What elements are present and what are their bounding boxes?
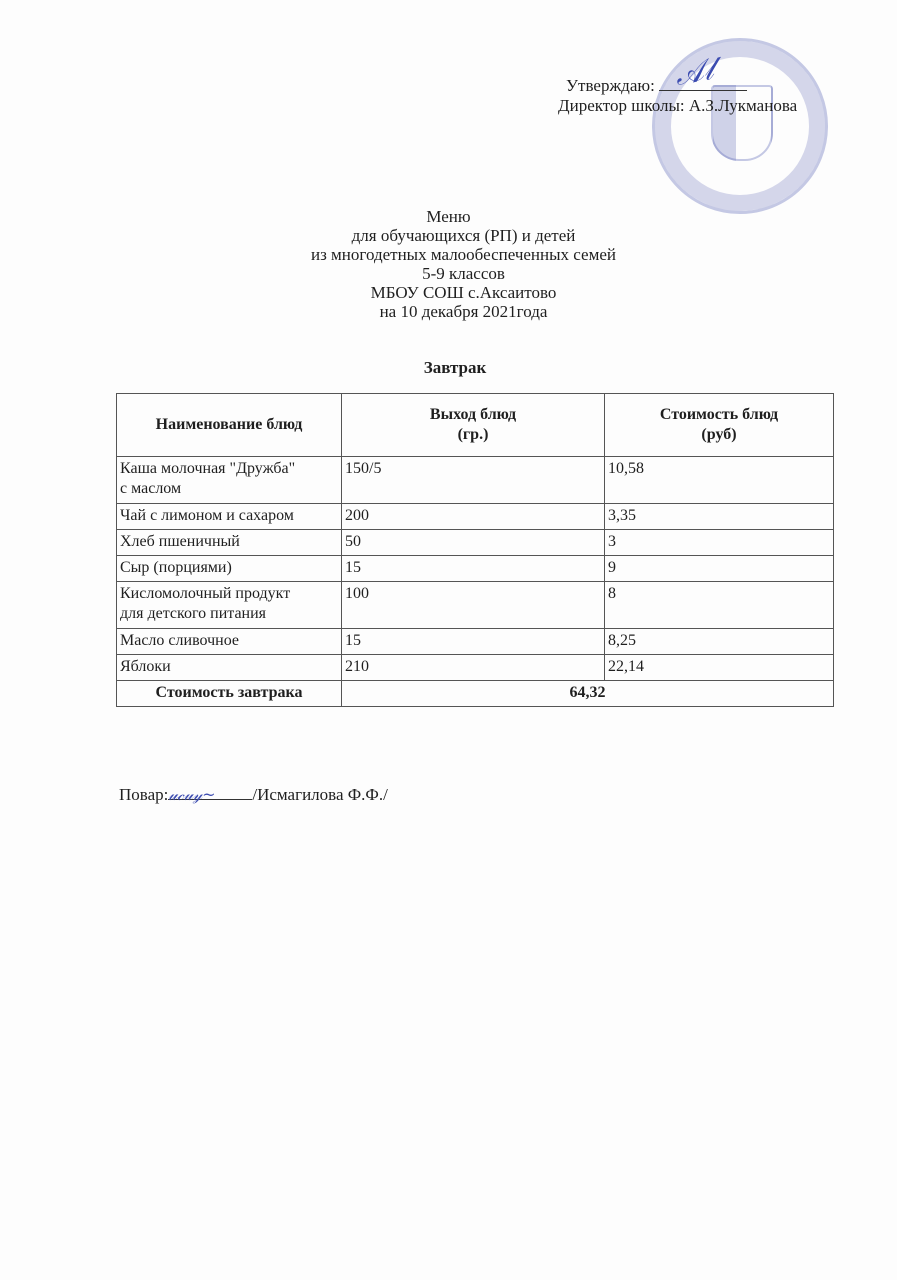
header-yield: Выход блюд(гр.) (342, 394, 605, 457)
table-row: Хлеб пшеничный 50 3 (117, 530, 834, 556)
dish-cost: 8 (605, 582, 834, 629)
total-value: 64,32 (342, 681, 834, 707)
dish-name: Каша молочная "Дружба"с маслом (117, 457, 342, 504)
approve-label: Утверждаю: (566, 76, 655, 95)
header-cost: Стоимость блюд(руб) (605, 394, 834, 457)
dish-cost: 22,14 (605, 655, 834, 681)
title-line-6: на 10 декабря 2021года (0, 302, 897, 321)
dish-name: Чай с лимоном и сахаром (117, 504, 342, 530)
document-title: Меню для обучающихся (РП) и детей из мно… (0, 207, 897, 321)
dish-yield: 15 (342, 629, 605, 655)
dish-name: Хлеб пшеничный (117, 530, 342, 556)
title-line-3: из многодетных малообеспеченных семей (0, 245, 897, 264)
section-heading: Завтрак (0, 358, 897, 378)
menu-table: Наименование блюд Выход блюд(гр.) Стоимо… (116, 393, 834, 707)
dish-cost: 8,25 (605, 629, 834, 655)
dish-yield: 150/5 (342, 457, 605, 504)
dish-yield: 200 (342, 504, 605, 530)
dish-cost: 9 (605, 556, 834, 582)
table-row: Масло сливочное 15 8,25 (117, 629, 834, 655)
cook-signature: 𝓊𝒸𝓊𝓎~ (168, 785, 215, 804)
title-line-1: Меню (0, 207, 897, 226)
table-row: Каша молочная "Дружба"с маслом 150/5 10,… (117, 457, 834, 504)
title-line-5: МБОУ СОШ с.Аксаитово (0, 283, 897, 302)
cook-signature-line: 𝓊𝒸𝓊𝓎~ (168, 785, 252, 800)
director-label: Директор школы: (558, 96, 685, 115)
director-name: А.З.Лукманова (689, 96, 797, 115)
total-row: Стоимость завтрака 64,32 (117, 681, 834, 707)
dish-cost: 3,35 (605, 504, 834, 530)
title-line-4: 5-9 классов (0, 264, 897, 283)
table-header-row: Наименование блюд Выход блюд(гр.) Стоимо… (117, 394, 834, 457)
dish-yield: 210 (342, 655, 605, 681)
dish-name: Масло сливочное (117, 629, 342, 655)
cook-signature-block: Повар:𝓊𝒸𝓊𝓎~/Исмагилова Ф.Ф./ (119, 785, 388, 805)
table-row: Сыр (порциями) 15 9 (117, 556, 834, 582)
cook-name: /Исмагилова Ф.Ф./ (252, 785, 387, 804)
table-row: Яблоки 210 22,14 (117, 655, 834, 681)
dish-cost: 10,58 (605, 457, 834, 504)
dish-name: Кисломолочный продуктдля детского питани… (117, 582, 342, 629)
dish-yield: 50 (342, 530, 605, 556)
table-row: Чай с лимоном и сахаром 200 3,35 (117, 504, 834, 530)
table-row: Кисломолочный продуктдля детского питани… (117, 582, 834, 629)
dish-cost: 3 (605, 530, 834, 556)
total-label: Стоимость завтрака (117, 681, 342, 707)
dish-name: Яблоки (117, 655, 342, 681)
dish-yield: 100 (342, 582, 605, 629)
director-signature: 𝒜𝓁 (672, 52, 716, 93)
dish-name: Сыр (порциями) (117, 556, 342, 582)
header-name: Наименование блюд (117, 394, 342, 457)
cook-label: Повар: (119, 785, 168, 804)
dish-yield: 15 (342, 556, 605, 582)
title-line-2: для обучающихся (РП) и детей (0, 226, 897, 245)
